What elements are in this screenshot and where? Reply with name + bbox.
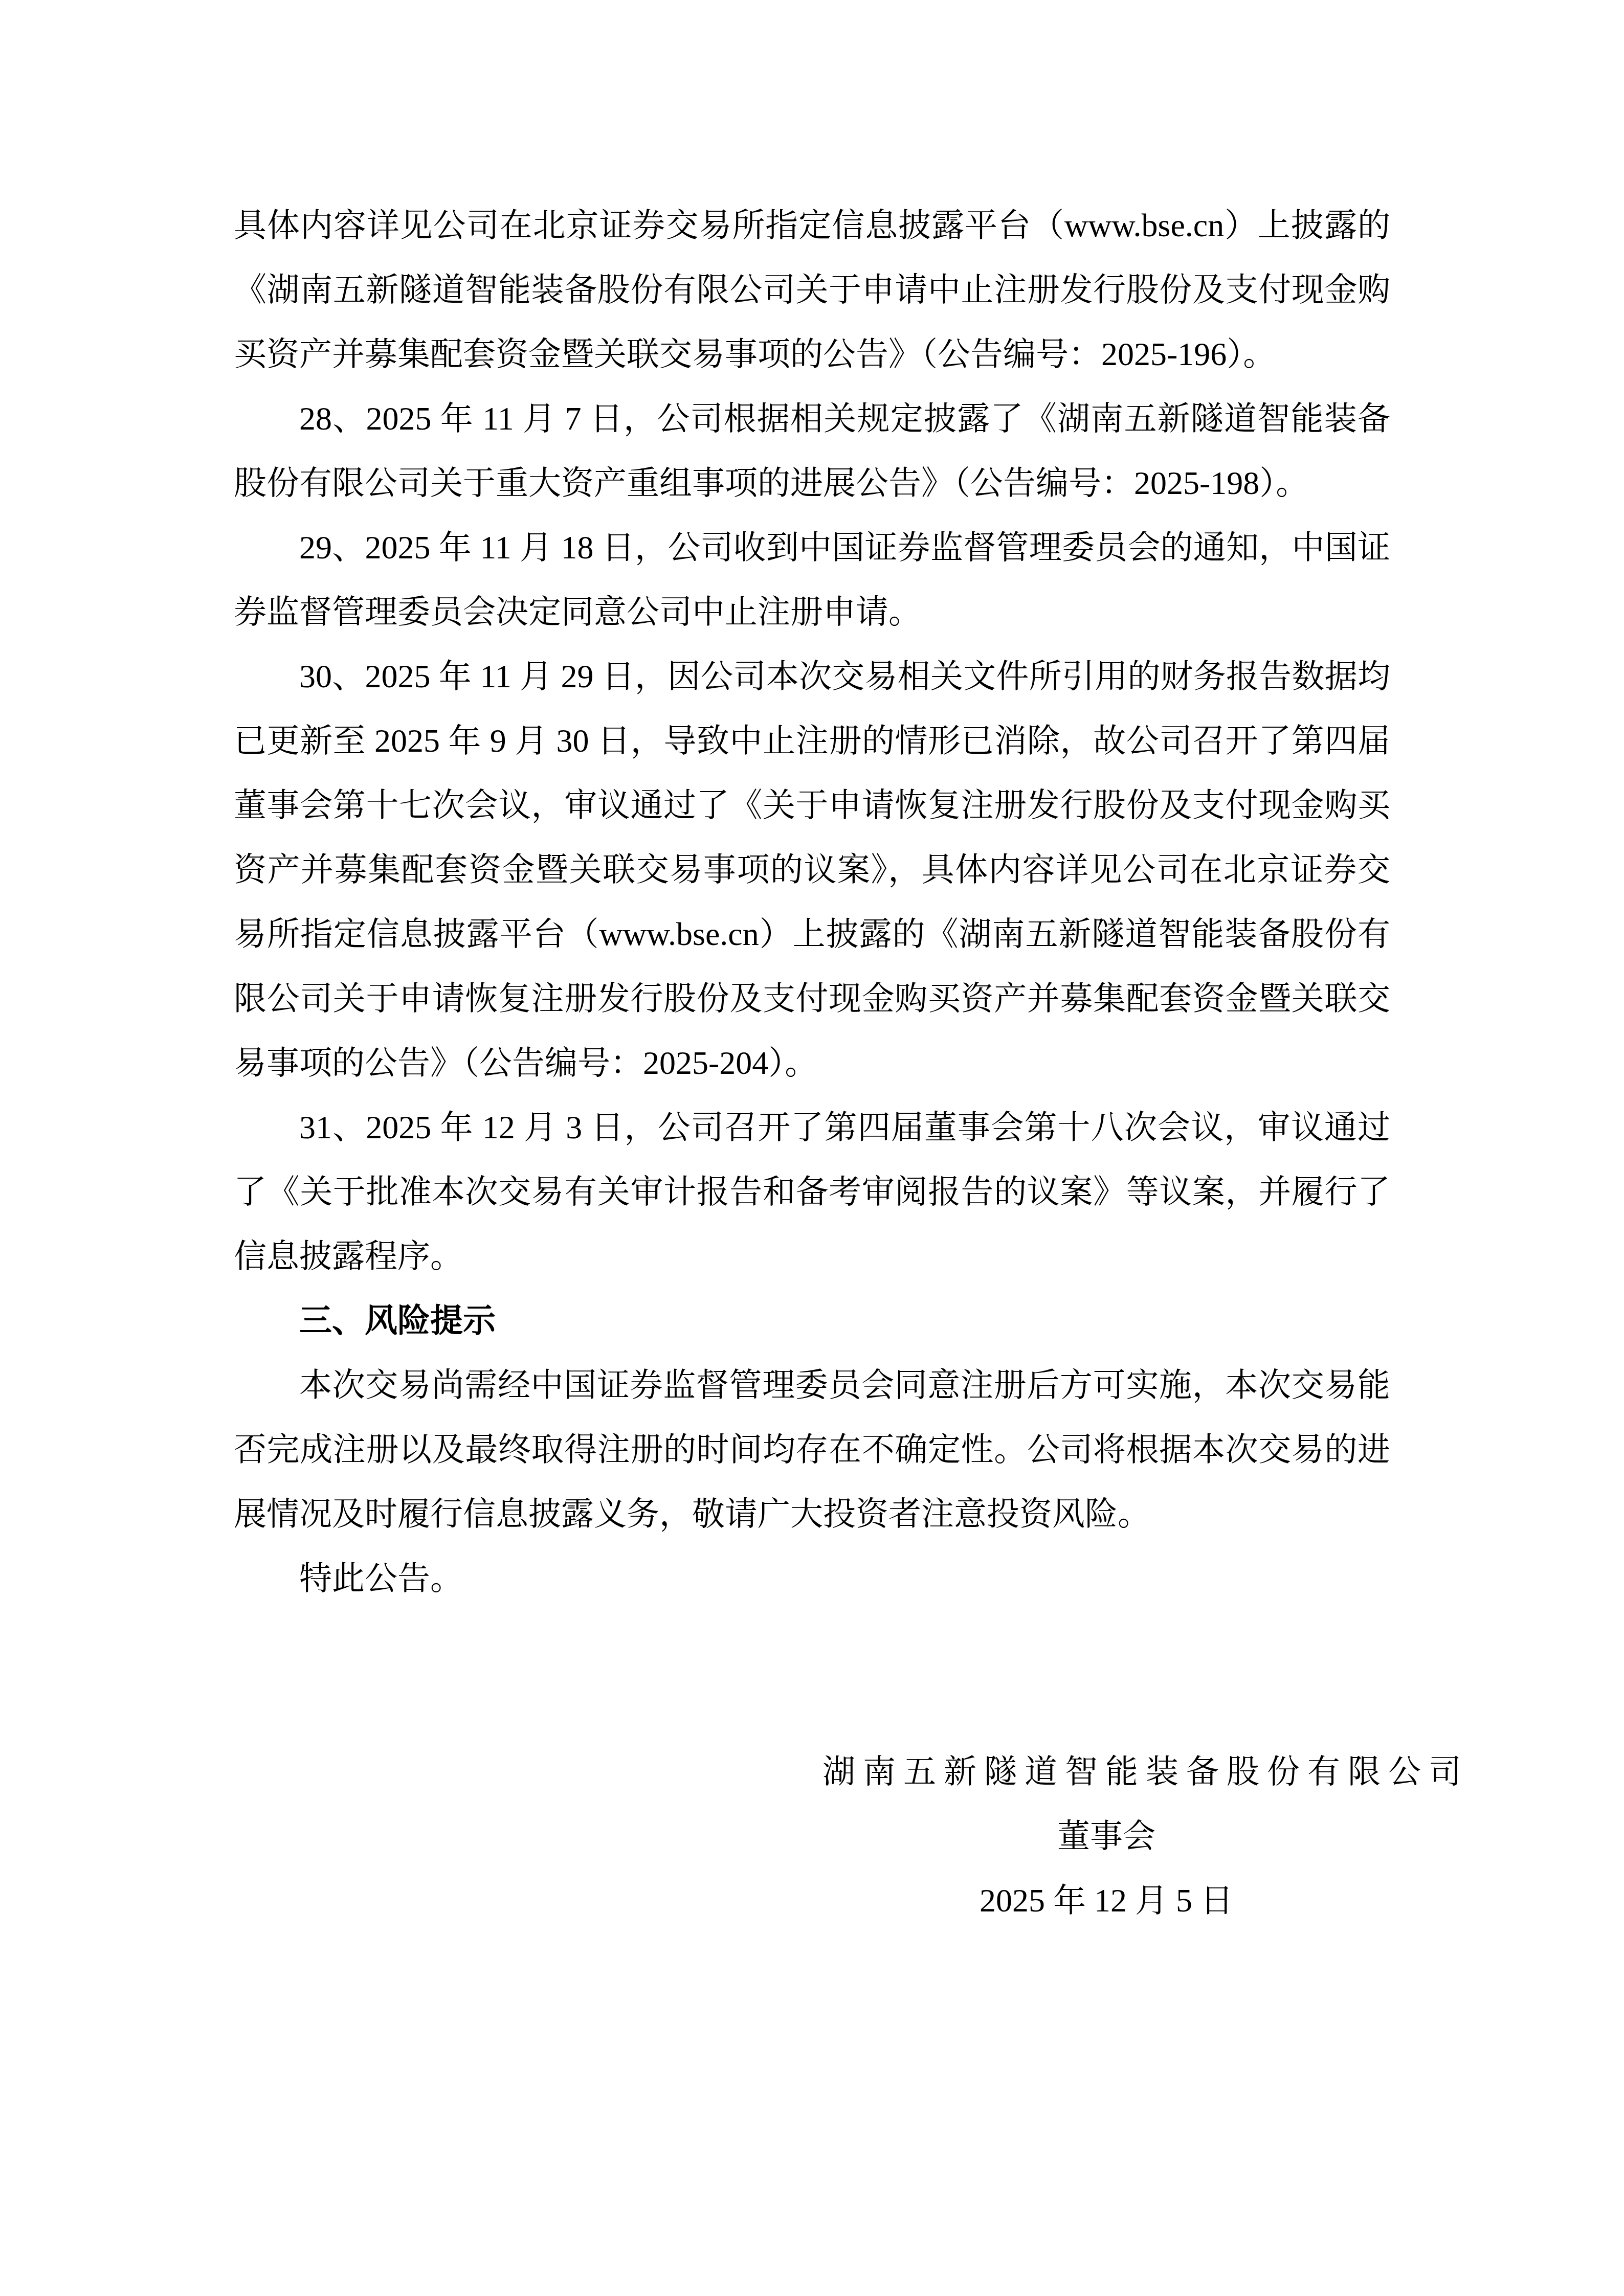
paragraph-continuation-disclosure: 具体内容详见公司在北京证券交易所指定信息披露平台（www.bse.cn）上披露的…: [234, 193, 1390, 387]
document-page: 具体内容详见公司在北京证券交易所指定信息披露平台（www.bse.cn）上披露的…: [0, 0, 1624, 2296]
document-content: 具体内容详见公司在北京证券交易所指定信息披露平台（www.bse.cn）上披露的…: [234, 193, 1390, 1933]
paragraph-closing-announcement: 特此公告。: [234, 1546, 1390, 1611]
paragraph-item-30: 30、2025 年 11 月 29 日，因公司本次交易相关文件所引用的财务报告数…: [234, 644, 1390, 1095]
paragraph-risk-body: 本次交易尚需经中国证券监督管理委员会同意注册后方可实施，本次交易能否完成注册以及…: [234, 1353, 1390, 1546]
signature-block: 湖南五新隧道智能装备股份有限公司 董事会 2025 年 12 月 5 日: [822, 1740, 1390, 1933]
paragraph-item-29: 29、2025 年 11 月 18 日，公司收到中国证券监督管理委员会的通知，中…: [234, 515, 1390, 644]
paragraph-item-28: 28、2025 年 11 月 7 日，公司根据相关规定披露了《湖南五新隧道智能装…: [234, 387, 1390, 515]
signature-company-name: 湖南五新隧道智能装备股份有限公司: [822, 1740, 1398, 1804]
section-heading-risk-notice: 三、风险提示: [234, 1289, 1390, 1353]
signature-date: 2025 年 12 月 5 日: [822, 1869, 1390, 1933]
paragraph-item-31: 31、2025 年 12 月 3 日，公司召开了第四届董事会第十八次会议，审议通…: [234, 1095, 1390, 1289]
signature-board-of-directors: 董事会: [822, 1804, 1390, 1869]
